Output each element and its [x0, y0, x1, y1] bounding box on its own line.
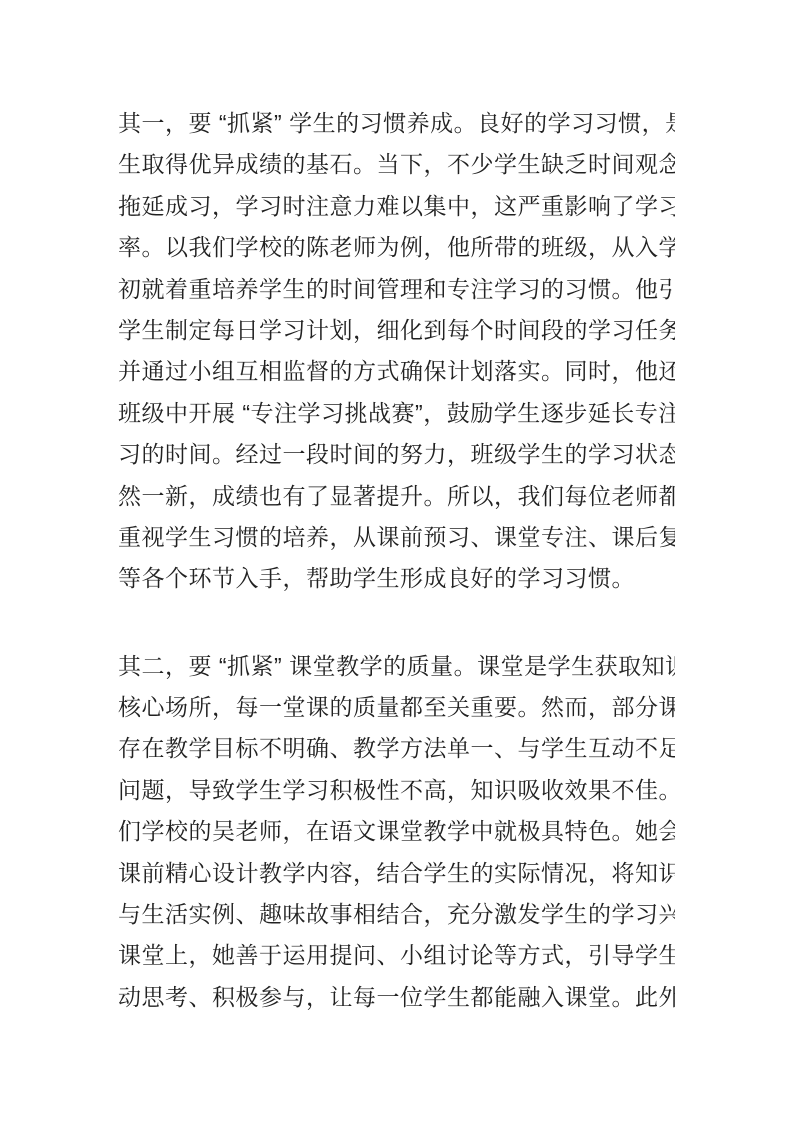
paragraph-2: 其二，要 “抓紧” 课堂教学的质量。课堂是学生获取知识的 核心场所，每一堂课的质… — [118, 646, 675, 1019]
text-line: 与生活实例、趣味故事相结合，充分激发学生的学习兴趣 — [118, 894, 675, 935]
text-line: 动思考、积极参与，让每一位学生都能融入课堂。此外， — [118, 977, 675, 1018]
document-page: 其一，要 “抓紧” 学生的习惯养成。良好的学习习惯，是学 生取得优异成绩的基石。… — [0, 0, 793, 1122]
text-line: 并通过小组互相监督的方式确保计划落实。同时，他还在 — [118, 351, 675, 392]
text-line: 学生制定每日学习计划，细化到每个时间段的学习任务， — [118, 310, 675, 351]
text-line: 问题，导致学生学习积极性不高，知识吸收效果不佳。我 — [118, 770, 675, 811]
text-line: 率。以我们学校的陈老师为例，他所带的班级，从入学之 — [118, 227, 675, 268]
text-line: 课堂上，她善于运用提问、小组讨论等方式，引导学生主 — [118, 935, 675, 976]
text-line: 习的时间。经过一段时间的努力，班级学生的学习状态焕 — [118, 434, 675, 475]
text-line: 们学校的吴老师，在语文课堂教学中就极具特色。她会在 — [118, 811, 675, 852]
paragraph-1: 其一，要 “抓紧” 学生的习惯养成。良好的学习习惯，是学 生取得优异成绩的基石。… — [118, 103, 675, 600]
text-line: 然一新，成绩也有了显著提升。所以，我们每位老师都要 — [118, 476, 675, 517]
text-line: 初就着重培养学生的时间管理和专注学习的习惯。他引导 — [118, 269, 675, 310]
text-line: 其一，要 “抓紧” 学生的习惯养成。良好的学习习惯，是学 — [118, 103, 675, 144]
text-line: 核心场所，每一堂课的质量都至关重要。然而，部分课堂 — [118, 687, 675, 728]
text-line: 等各个环节入手，帮助学生形成良好的学习习惯。 — [118, 558, 675, 599]
text-line: 拖延成习，学习时注意力难以集中，这严重影响了学习效 — [118, 186, 675, 227]
text-line: 重视学生习惯的培养，从课前预习、课堂专注、课后复习 — [118, 517, 675, 558]
text-line: 课前精心设计教学内容，结合学生的实际情况，将知识点 — [118, 853, 675, 894]
text-line: 其二，要 “抓紧” 课堂教学的质量。课堂是学生获取知识的 — [118, 646, 675, 687]
text-line: 生取得优异成绩的基石。当下，不少学生缺乏时间观念， — [118, 144, 675, 185]
text-block: 其一，要 “抓紧” 学生的习惯养成。良好的学习习惯，是学 生取得优异成绩的基石。… — [118, 103, 675, 1018]
text-line: 存在教学目标不明确、教学方法单一、与学生互动不足等 — [118, 728, 675, 769]
text-line: 班级中开展 “专注学习挑战赛”，鼓励学生逐步延长专注学 — [118, 393, 675, 434]
